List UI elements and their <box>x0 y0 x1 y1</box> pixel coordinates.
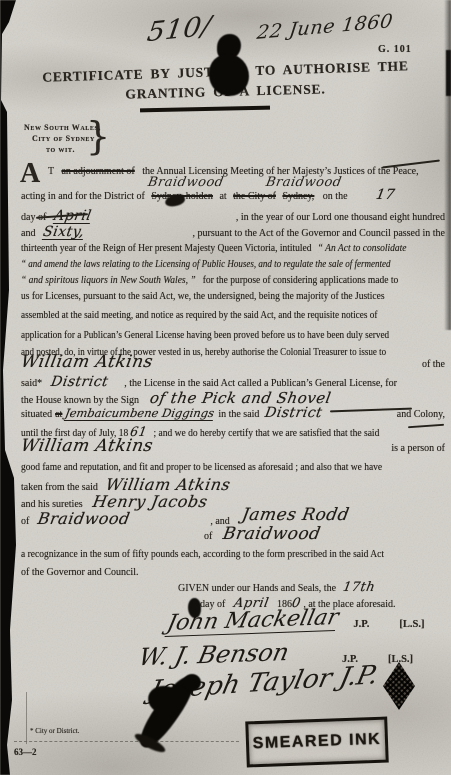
printed-text: taken from the said <box>21 482 98 493</box>
handwritten-year-word: Sixty, <box>42 226 86 240</box>
printed-text: and <box>21 227 35 240</box>
left-margin-rule <box>26 692 27 744</box>
struck-text: Sydney, <box>282 191 314 202</box>
handwritten-doc-number: 510/ <box>145 11 213 48</box>
print-code: 63—2 <box>14 747 37 757</box>
smeared-ink-stamp: SMEARED INK <box>245 717 389 768</box>
jurisdiction-brace: } <box>86 114 110 158</box>
printed-text: acting in and for the District of <box>21 191 145 202</box>
ink-smear-head <box>183 674 201 691</box>
body-line-10: application for a Publican’s General Lic… <box>21 329 411 342</box>
body-line-17: William Atkins is a person of <box>21 440 445 455</box>
footnote: * City or District. <box>30 727 79 735</box>
printed-text: and Colony, <box>397 408 445 421</box>
body-line-14: the House known by the Sign of the Pick … <box>21 392 445 407</box>
body-line-24: of the Governor and Council. <box>21 566 445 579</box>
printed-text: of <box>204 531 212 542</box>
handwritten-surety-2-town: Braidwood <box>222 528 322 541</box>
scanned-certificate-page: 510/ 22 June 1860 G. 101 CERTIFICATE BY … <box>0 0 451 775</box>
printed-text: GIVEN under our Hands and Seals, the <box>178 583 336 594</box>
struck-text: an adjournment of <box>61 166 134 177</box>
printed-text: , in the year of our Lord one thousand e… <box>236 211 445 224</box>
body-line-9: assembled at the said meeting, and notic… <box>21 309 411 322</box>
body-line-18: good fame and reputation, and fit and pr… <box>21 461 424 474</box>
handwritten-licensee-name-2: William Atkins <box>20 440 154 453</box>
printed-italic-text: “ An Act to consolidate <box>318 243 407 254</box>
printed-text: said* <box>21 378 42 389</box>
handwritten-district: District <box>49 376 108 389</box>
body-line-22: of Braidwood <box>204 528 451 543</box>
printed-text: the House known by the Sign <box>21 395 139 406</box>
ink-blot-signature <box>188 598 201 618</box>
handwritten-day-number: 17 <box>375 189 396 202</box>
printed-text: at <box>219 191 226 202</box>
printed-text: of the <box>422 358 445 371</box>
printed-text: , the License in the said Act called a P… <box>124 378 397 389</box>
pen-dash <box>408 424 444 428</box>
printed-text: on the <box>323 191 348 202</box>
dropcap-A: A <box>20 158 40 190</box>
ink-blot-title <box>209 54 249 96</box>
handwritten-surety-1-town: Braidwood <box>37 512 131 525</box>
body-line-6: “ and amend the laws relating to the Lic… <box>21 258 403 271</box>
handwritten-district-2: District <box>264 407 323 420</box>
body-line-12: William Atkins of the <box>21 356 445 371</box>
footer-dashed-rule <box>14 741 239 742</box>
hatched-diamond-mark <box>383 662 415 710</box>
printed-text: T <box>48 166 54 177</box>
handwritten-licensee-name: William Atkins <box>20 356 154 369</box>
body-line-23: a recognizance in the sum of fifty pound… <box>21 548 424 561</box>
printed-text: situated <box>21 408 52 421</box>
body-line-7: “ and spiritous liquors in New South Wal… <box>21 274 424 287</box>
handwritten-braidwood-2: Braidwood <box>265 175 343 190</box>
handwritten-house-sign: of the Pick and Shovel <box>148 392 331 405</box>
handwritten-locality: Jembaicumbene Diggings <box>64 407 215 421</box>
body-line-8: us for Licenses, pursuant to the said Ac… <box>21 290 424 303</box>
seal-label-1: [L.S.] <box>399 619 424 630</box>
body-line-3: day of April , in the year of our Lord o… <box>21 210 445 224</box>
form-code: G. 101 <box>378 44 412 55</box>
printed-text: ; and we do hereby certify that we are s… <box>154 428 380 439</box>
struck-text: at <box>55 408 62 421</box>
struck-text: the City of <box>233 191 276 202</box>
handwritten-surety-1: Henry Jacobs <box>92 495 209 508</box>
printed-text: in the said <box>218 408 259 421</box>
title-rule <box>140 106 270 113</box>
signature-row-1: John Mackellar J.P. [L.S.] <box>168 608 424 634</box>
handwritten-surety-2: James Rodd <box>241 509 350 522</box>
printed-text: , pursuant to the Act of the Governor an… <box>193 227 445 240</box>
printed-italic-text: “ and spiritous liquors in New South Wal… <box>21 275 196 286</box>
scan-edge-left <box>0 0 18 775</box>
handwritten-date-note: 22 June 1860 <box>256 10 395 44</box>
body-line-2: acting in and for the District of Sydney… <box>21 189 445 203</box>
handwritten-braidwood-1: Braidwood <box>147 175 225 190</box>
given-line-1: GIVEN under our Hands and Seals, the 17t… <box>178 581 444 595</box>
seal-label-2: [L.S.] <box>388 654 413 665</box>
body-line-4: and Sixty, , pursuant to the Act of the … <box>21 226 445 240</box>
printed-text: thirteenth year of the Reign of Her pres… <box>21 243 312 254</box>
printed-text: is a person of <box>391 442 445 455</box>
printed-text: of <box>21 516 29 527</box>
jp-label-1: J.P. <box>353 619 369 630</box>
handwritten-licensee-name-3: William Atkins <box>105 478 232 491</box>
body-line-5: thirteenth year of the Reign of Her pres… <box>21 242 424 255</box>
handwritten-given-day: 17th <box>341 581 375 594</box>
body-line-19: taken from the said William Atkins <box>21 478 445 494</box>
body-line-13: said* District , the License in the said… <box>21 376 445 390</box>
handwritten-month: April <box>53 210 93 224</box>
printed-text: for the purpose of considering applicati… <box>203 275 398 286</box>
scan-edge-right-mark <box>446 50 451 96</box>
stamp-label: SMEARED INK <box>252 731 381 753</box>
